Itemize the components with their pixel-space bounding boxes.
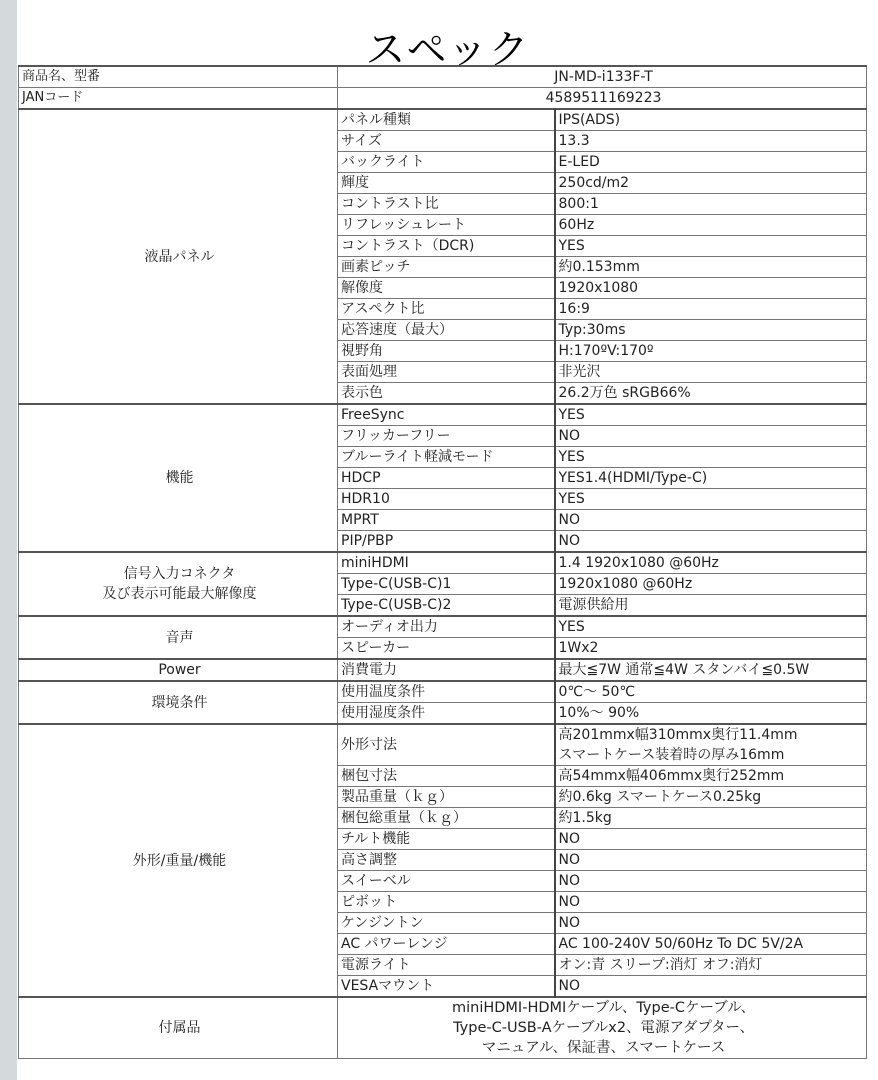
- row-value: E-LED: [555, 152, 867, 173]
- row-label: AC パワーレンジ: [338, 934, 555, 955]
- row-label: ケンジントン: [338, 913, 555, 934]
- row-label: サイズ: [338, 131, 555, 152]
- row-value: 非光沢: [555, 362, 867, 383]
- row-value: 約1.5kg: [555, 808, 867, 829]
- row-label: 使用温度条件: [338, 681, 555, 703]
- row-label: FreeSync: [338, 404, 555, 426]
- row-value: YES1.4(HDMI/Type-C): [555, 468, 867, 489]
- row-label: 電源ライト: [338, 955, 555, 976]
- row-value: 最大≦7W 通常≦4W スタンバイ≦0.5W: [555, 659, 867, 681]
- row-label: 視野角: [338, 341, 555, 362]
- row-label: HDR10: [338, 489, 555, 510]
- row-value: 電源供給用: [555, 595, 867, 617]
- row-value-line1: 高201mmx幅310mmx奥行11.4mm: [559, 727, 798, 743]
- group-name: 環境条件: [152, 695, 208, 711]
- row-label: 外形寸法: [338, 724, 555, 766]
- group-name: 外形/重量/機能: [133, 853, 226, 869]
- row-value: YES: [555, 404, 867, 426]
- row-label: MPRT: [338, 510, 555, 531]
- row-label: リフレッシュレート: [338, 215, 555, 236]
- spec-row: 液晶パネルパネル種類IPS(ADS): [19, 109, 867, 131]
- group-name: 機能: [166, 470, 194, 486]
- group-name-line2: 及び表示可能最大解像度: [103, 586, 257, 602]
- row-label: 消費電力: [338, 659, 555, 681]
- row-label: 商品名、型番: [19, 66, 338, 88]
- row-label: 使用湿度条件: [338, 703, 555, 725]
- accessories-line2: Type-C-USB-Aケーブルx2、電源アダプター、: [453, 1020, 754, 1036]
- row-value: NO: [555, 976, 867, 998]
- row-label: 解像度: [338, 278, 555, 299]
- row-value: NO: [555, 871, 867, 892]
- group-label: Power: [19, 659, 338, 681]
- spec-row: 環境条件使用温度条件0℃～ 50℃: [19, 681, 867, 703]
- row-value: 26.2万色 sRGB66%: [555, 383, 867, 405]
- spec-row: 機能FreeSyncYES: [19, 404, 867, 426]
- row-value: 高54mmx幅406mmx奥行252mm: [555, 766, 867, 787]
- spec-table: 商品名、型番 JN-MD-i133F-T JANコード 458951116922…: [18, 65, 867, 1059]
- spec-row: 音声オーディオ出力YES: [19, 616, 867, 638]
- group-label: 音声: [19, 616, 338, 659]
- row-value: オン:青 スリープ:消灯 オフ:消灯: [555, 955, 867, 976]
- row-label: 応答速度（最大）: [338, 320, 555, 341]
- accessories-line1: miniHDMI-HDMIケーブル、Type-Cケーブル、: [452, 1000, 755, 1016]
- group-label: 信号入力コネクタ及び表示可能最大解像度: [19, 552, 338, 616]
- row-value: AC 100-240V 50/60Hz To DC 5V/2A: [555, 934, 867, 955]
- row-label: Type-C(USB-C)2: [338, 595, 555, 617]
- spec-row: Power消費電力最大≦7W 通常≦4W スタンバイ≦0.5W: [19, 659, 867, 681]
- group-name: Power: [158, 662, 200, 678]
- row-value: NO: [555, 829, 867, 850]
- row-label: チルト機能: [338, 829, 555, 850]
- row-label: パネル種類: [338, 109, 555, 131]
- row-label: HDCP: [338, 468, 555, 489]
- row-label: コントラスト（DCR): [338, 236, 555, 257]
- row-label: VESAマウント: [338, 976, 555, 998]
- group-name: 音声: [166, 630, 194, 646]
- group-label: 外形/重量/機能: [19, 724, 338, 997]
- row-value: NO: [555, 510, 867, 531]
- row-label: 輝度: [338, 173, 555, 194]
- accessories-value: miniHDMI-HDMIケーブル、Type-Cケーブル、Type-C-USB-…: [338, 997, 867, 1059]
- row-value: YES: [555, 447, 867, 468]
- row-value: 1920x1080: [555, 278, 867, 299]
- accessories-line3: マニュアル、保証書、スマートケース: [482, 1040, 725, 1056]
- row-value: 1Wx2: [555, 638, 867, 660]
- row-value: Typ:30ms: [555, 320, 867, 341]
- row-value: NO: [555, 426, 867, 447]
- row-value: 13.3: [555, 131, 867, 152]
- row-value: NO: [555, 850, 867, 871]
- left-margin-strip: [0, 0, 17, 1080]
- row-label: 製品重量（ｋｇ）: [338, 787, 555, 808]
- row-label: JANコード: [19, 88, 338, 110]
- row-value: IPS(ADS): [555, 109, 867, 131]
- row-label: アスペクト比: [338, 299, 555, 320]
- row-value: 60Hz: [555, 215, 867, 236]
- group-label: 機能: [19, 404, 338, 552]
- row-value: NO: [555, 913, 867, 934]
- row-label: フリッカーフリー: [338, 426, 555, 447]
- group-label: 環境条件: [19, 681, 338, 724]
- row-label: 高さ調整: [338, 850, 555, 871]
- row-value: 約0.153mm: [555, 257, 867, 278]
- row-label: バックライト: [338, 152, 555, 173]
- row-label: Type-C(USB-C)1: [338, 574, 555, 595]
- row-value: 0℃～ 50℃: [555, 681, 867, 703]
- row-value: NO: [555, 531, 867, 553]
- row-value: 16:9: [555, 299, 867, 320]
- row-label: スピーカー: [338, 638, 555, 660]
- group-name-line1: 信号入力コネクタ: [124, 566, 236, 582]
- row-label: スイーベル: [338, 871, 555, 892]
- group-label: 液晶パネル: [19, 109, 338, 404]
- row-value: 約0.6kg スマートケース0.25kg: [555, 787, 867, 808]
- row-label: 画素ピッチ: [338, 257, 555, 278]
- row-label: コントラスト比: [338, 194, 555, 215]
- row-value: 1.4 1920x1080 @60Hz: [555, 552, 867, 574]
- group-name: 液晶パネル: [145, 249, 215, 265]
- spec-row-product-name: 商品名、型番 JN-MD-i133F-T: [19, 66, 867, 88]
- row-label: 表面処理: [338, 362, 555, 383]
- spec-row: 信号入力コネクタ及び表示可能最大解像度miniHDMI1.4 1920x1080…: [19, 552, 867, 574]
- row-value: YES: [555, 616, 867, 638]
- row-value: 10%～ 90%: [555, 703, 867, 725]
- row-value-line2: スマートケース装着時の厚み16mm: [559, 747, 785, 763]
- row-value: 1920x1080 @60Hz: [555, 574, 867, 595]
- row-label: 表示色: [338, 383, 555, 405]
- row-label: PIP/PBP: [338, 531, 555, 553]
- row-label: miniHDMI: [338, 552, 555, 574]
- spec-row-accessories: 付属品miniHDMI-HDMIケーブル、Type-Cケーブル、Type-C-U…: [19, 997, 867, 1059]
- row-value: 800:1: [555, 194, 867, 215]
- row-value: 250cd/m2: [555, 173, 867, 194]
- row-value: 高201mmx幅310mmx奥行11.4mmスマートケース装着時の厚み16mm: [555, 724, 867, 766]
- row-label: オーディオ出力: [338, 616, 555, 638]
- row-value: H:170ºV:170º: [555, 341, 867, 362]
- row-label: ブルーライト軽減モード: [338, 447, 555, 468]
- spec-row-jan-code: JANコード 4589511169223: [19, 88, 867, 110]
- accessories-label: 付属品: [19, 997, 338, 1059]
- row-label: ピボット: [338, 892, 555, 913]
- spec-row: 外形/重量/機能外形寸法高201mmx幅310mmx奥行11.4mmスマートケー…: [19, 724, 867, 766]
- row-value: JN-MD-i133F-T: [338, 66, 867, 88]
- row-value: NO: [555, 892, 867, 913]
- row-label: 梱包寸法: [338, 766, 555, 787]
- row-value: YES: [555, 236, 867, 257]
- row-value: 4589511169223: [338, 88, 867, 110]
- row-label: 梱包総重量（ｋｇ）: [338, 808, 555, 829]
- row-value: YES: [555, 489, 867, 510]
